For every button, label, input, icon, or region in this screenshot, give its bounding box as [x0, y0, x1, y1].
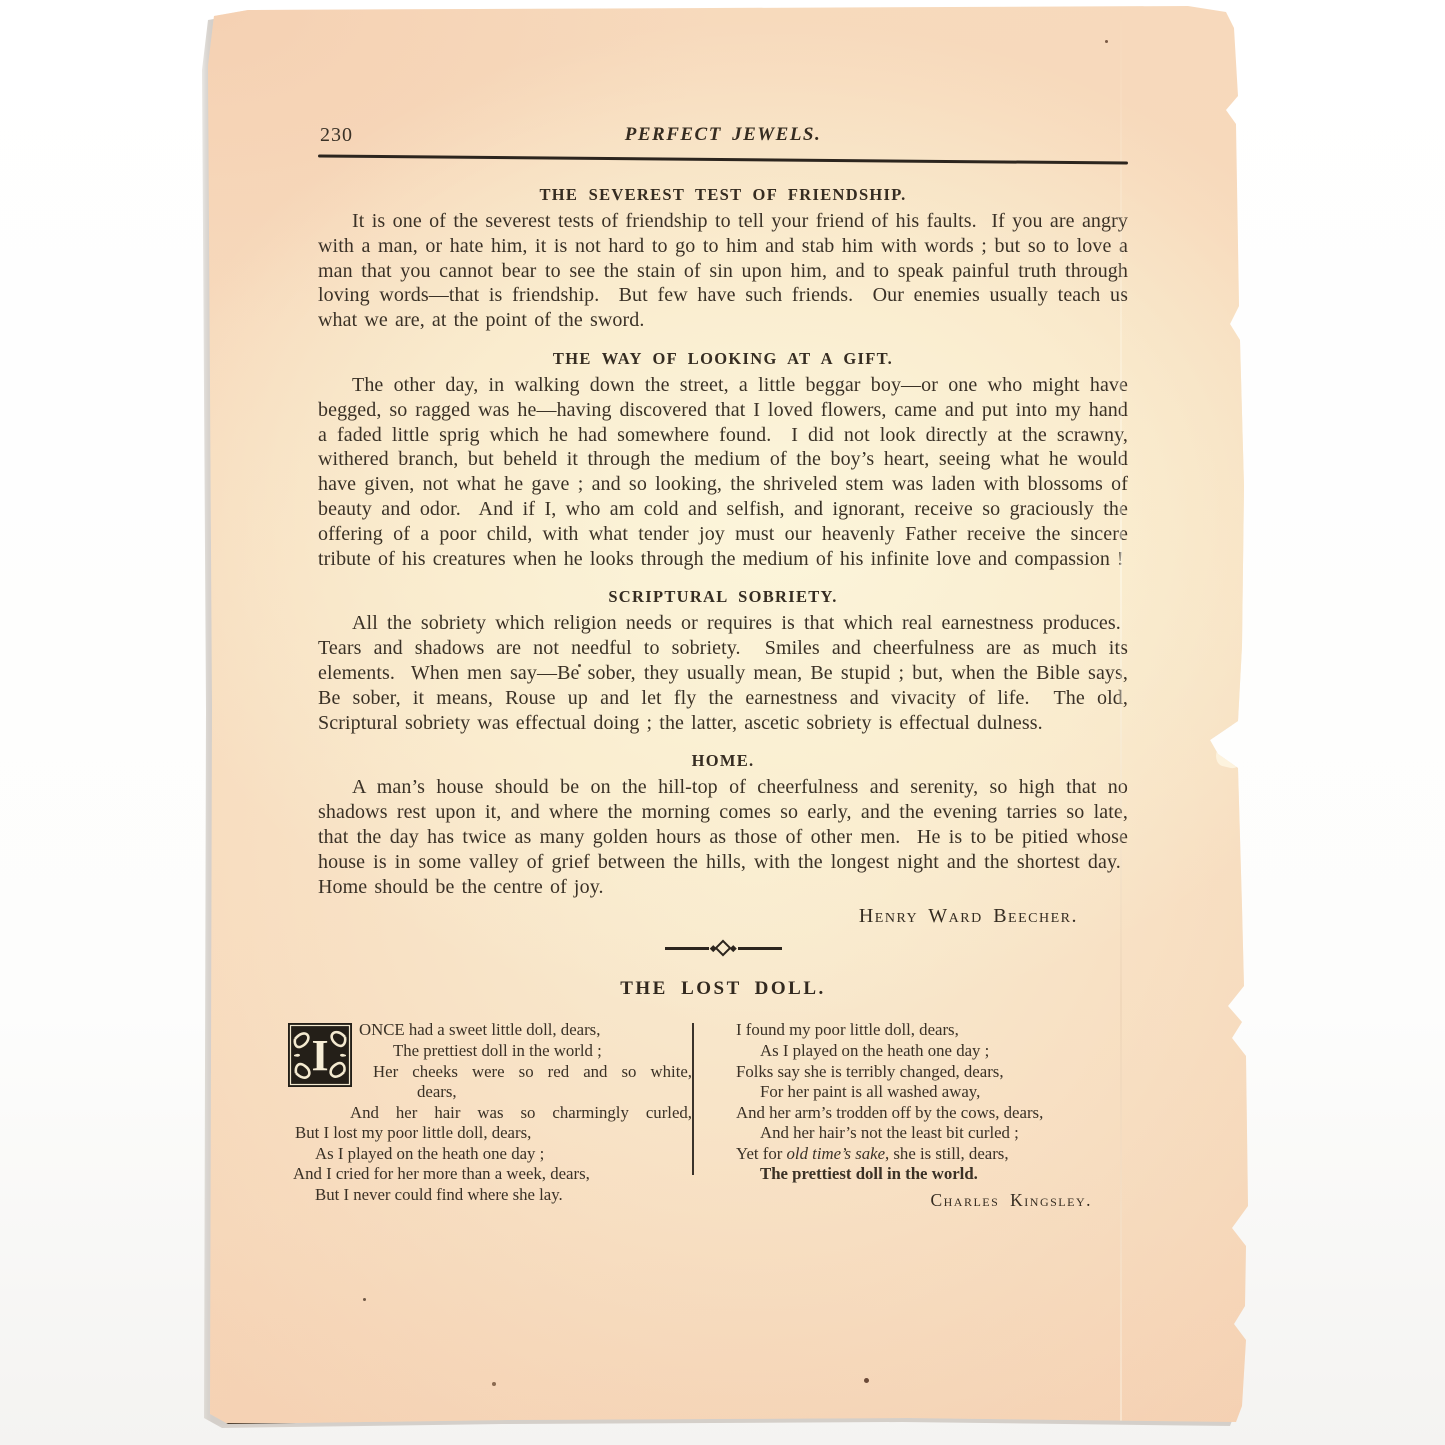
poem-line: And I cried for her more than a week, de…: [293, 1164, 692, 1185]
poem-line: The prettiest doll in the world ;: [393, 1041, 692, 1062]
divider-line-left: [665, 947, 709, 949]
paper-crease: [1120, 6, 1122, 1430]
drop-cap-ornament: I: [288, 1023, 352, 1087]
book-page: 230 PERFECT JEWELS. THE SEVEREST TEST OF…: [208, 6, 1256, 1430]
paper-speck: [1105, 40, 1108, 43]
paper-speck: [578, 664, 581, 667]
header-rule: [318, 154, 1128, 164]
divider-diamond: [715, 940, 732, 957]
section-paragraph-friendship: It is one of the severest tests of frien…: [318, 209, 1128, 333]
poem-right-column: I found my poor little doll, dears, As I…: [694, 1020, 1128, 1211]
poem-line-post: , she is still, dears,: [885, 1144, 1009, 1163]
paper-speck: [363, 1298, 366, 1301]
section-paragraph-sobriety: All the sobriety which religion needs or…: [318, 611, 1128, 735]
section-heading-sobriety: SCRIPTURAL SOBRIETY.: [318, 587, 1128, 607]
section-paragraph-gift: The other day, in walking down the stree…: [318, 373, 1128, 571]
running-title: PERFECT JEWELS.: [318, 124, 1128, 146]
author-signature-kingsley: Charles Kingsley.: [724, 1190, 1128, 1211]
poem-left-column: I ONCE had a sweet little doll, dears, T…: [288, 1020, 692, 1211]
author-signature-beecher: Henry Ward Beecher.: [318, 905, 1128, 928]
paper-speck: [864, 1378, 869, 1383]
page-header: 230 PERFECT JEWELS.: [318, 118, 1128, 150]
poem-line: And her hair was so charmingly curled,: [350, 1103, 692, 1124]
poem-line: dears,: [417, 1082, 692, 1103]
poem-line-pre: Yet for: [736, 1144, 787, 1163]
poem-line: Folks say she is terribly changed, dears…: [736, 1062, 1128, 1083]
drop-cap-letter: I: [311, 1031, 328, 1080]
divider-line-right: [738, 947, 782, 949]
poem-line: But I lost my poor little doll, dears,: [295, 1123, 692, 1144]
scan-background: 230 PERFECT JEWELS. THE SEVEREST TEST OF…: [0, 0, 1445, 1445]
section-heading-friendship: THE SEVEREST TEST OF FRIENDSHIP.: [318, 185, 1128, 205]
divider-dot-right: [730, 945, 736, 951]
section-divider-ornament: [661, 942, 785, 954]
poem-line: But I never could find where she lay.: [315, 1185, 692, 1206]
section-heading-gift: THE WAY OF LOOKING AT A GIFT.: [318, 349, 1128, 369]
section-heading-home: HOME.: [318, 751, 1128, 771]
poem-line: And her hair’s not the least bit curled …: [760, 1123, 1128, 1144]
poem-line: As I played on the heath one day ;: [315, 1144, 692, 1165]
page-content: 230 PERFECT JEWELS. THE SEVEREST TEST OF…: [208, 6, 1256, 1211]
poem-line: The prettiest doll in the world.: [760, 1164, 1128, 1185]
poem-columns: I ONCE had a sweet little doll, dears, T…: [288, 1020, 1128, 1211]
paper-speck: [492, 1382, 496, 1386]
poem-line: I found my poor little doll, dears,: [736, 1020, 1128, 1041]
poem-line: For her paint is all washed away,: [760, 1082, 1128, 1103]
poem-line: Her cheeks were so red and so white,: [373, 1062, 692, 1083]
poem-line: And her arm’s trodden off by the cows, d…: [736, 1103, 1128, 1124]
poem-line: As I played on the heath one day ;: [760, 1041, 1128, 1062]
poem-title: THE LOST DOLL.: [318, 978, 1128, 1000]
poem-line-italic-phrase: old time’s sake: [787, 1144, 886, 1163]
poem-line-italic: Yet for old time’s sake, she is still, d…: [736, 1144, 1128, 1165]
section-paragraph-home: A man’s house should be on the hill-top …: [318, 775, 1128, 899]
